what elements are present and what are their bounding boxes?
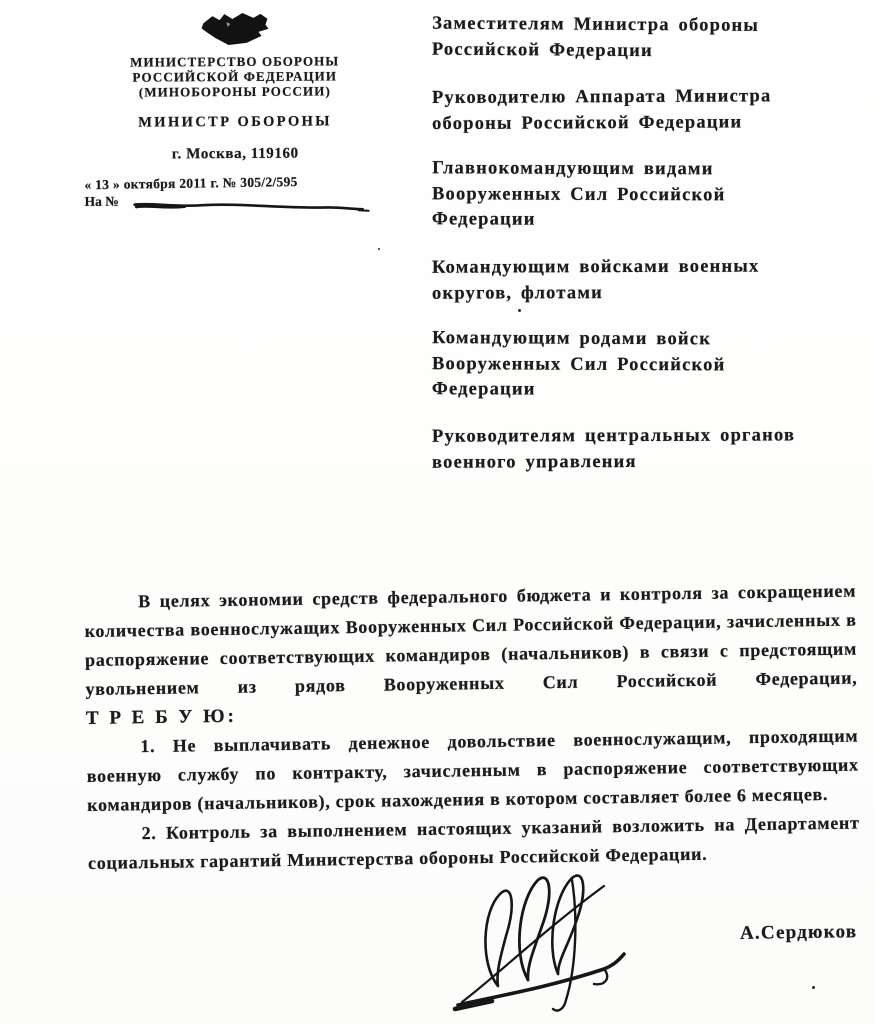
scan-artifact-dot — [518, 309, 521, 312]
minister-title: МИНИСТР ОБОРОНЫ — [84, 113, 386, 132]
date-number-line: « 13 » октября 2011 г. № 305/2/595 — [84, 173, 386, 193]
scanned-letter-page: МИНИСТЕРСТВО ОБОРОНЫ РОССИЙСКОЙ ФЕДЕРАЦИ… — [0, 0, 874, 1024]
handwritten-signature — [452, 868, 648, 1018]
recipients-block: Заместителям Министра обороны Российской… — [432, 13, 834, 496]
recipient-item: Заместителям Министра обороны Российской… — [432, 12, 834, 66]
recipient-item: Командующим войсками военных округов, фл… — [432, 254, 834, 306]
scan-artifact-dot — [812, 986, 815, 989]
order-item-1: 1. Не выплачивать денежное довольствие в… — [86, 722, 859, 820]
intro-paragraph: В целях экономии средств федерального бю… — [84, 577, 858, 704]
org-name-line3: (МИНОБОРОНЫ РОССИИ) — [84, 83, 386, 100]
recipient-item: Руководителю Аппарата Министра обороны Р… — [432, 84, 834, 137]
recipient-item: Руководителям центральных органов военно… — [432, 423, 834, 475]
ministry-emblem-icon — [198, 10, 270, 48]
letterhead: МИНИСТЕРСТВО ОБОРОНЫ РОССИЙСКОЙ ФЕДЕРАЦИ… — [83, 9, 386, 216]
signer-name: А.Сердюков — [740, 921, 858, 945]
recipient-item: Главнокомандующим видами Вооруженных Сил… — [432, 156, 834, 234]
reference-label: На № — [84, 194, 118, 209]
letter-body: В целях экономии средств федерального бю… — [84, 577, 860, 878]
recipient-item: Командующим родами войск Вооруженных Сил… — [432, 326, 834, 404]
reference-underline — [133, 194, 373, 215]
scan-artifact-dot — [378, 248, 380, 250]
city-postal-line: г. Москва, 119160 — [84, 145, 386, 164]
reference-number-line: На № — [84, 192, 386, 216]
